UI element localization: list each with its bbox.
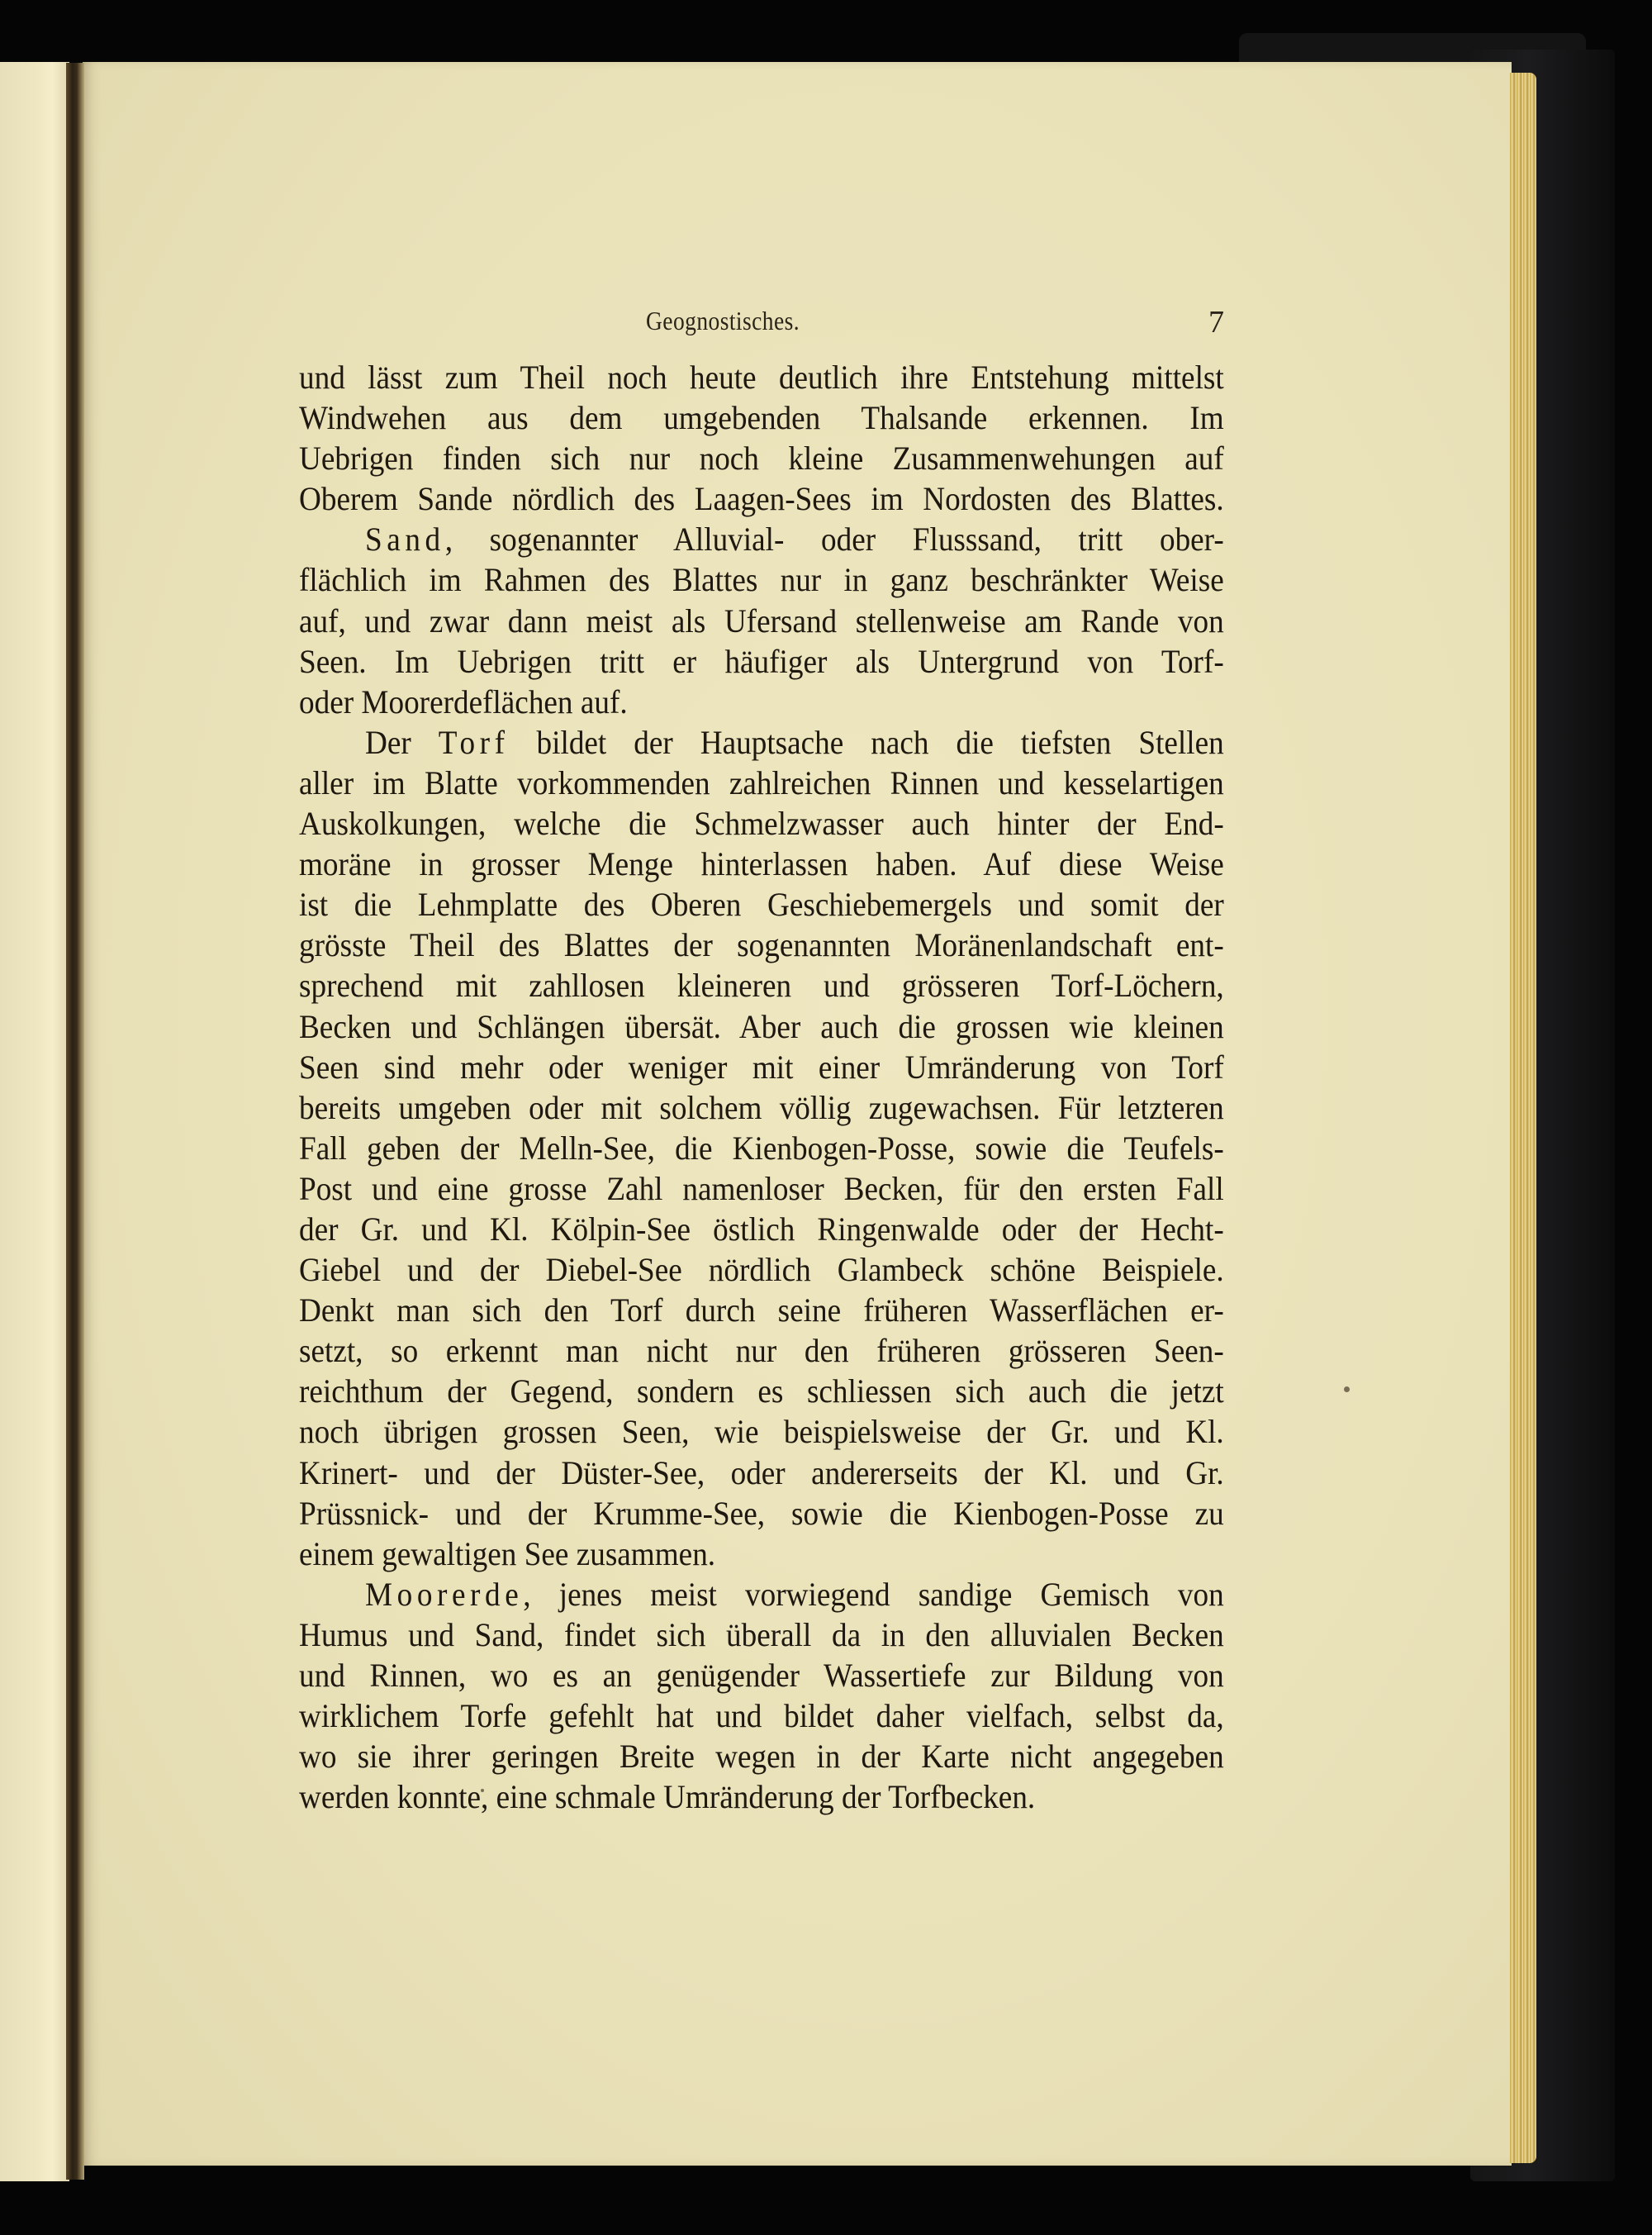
text-line: wirklichem Torfe gefehlt hat und bildet … [299,1695,1224,1736]
paper-speck [1344,1386,1350,1392]
text-line: ist die Lehmplatte des Oberen Geschiebem… [299,884,1224,925]
running-head: Geognostisches. 7 [299,304,1224,345]
term-torf: Torf [439,724,510,761]
text-line: flächlich im Rahmen des Blattes nur in g… [299,559,1224,600]
text-line: Auskolkungen, welche die Schmelzwasser a… [299,803,1224,844]
text-line: grösste Theil des Blattes der sogenannte… [299,925,1224,965]
paragraph-moorerde: Moorerde, jenes meist vorwiegend sandige… [299,1574,1224,1818]
term-sand: Sand [365,521,445,558]
paragraph-windwehen: und lässt zum Theil noch heute deutlich … [299,357,1224,519]
text-line: aller im Blatte vorkommenden zahlreichen… [299,763,1224,803]
gilt-page-edges [1510,73,1536,2163]
text-line: Windwehen aus dem umgebenden Thalsande e… [299,397,1224,438]
text-line: Der Torf bildet der Hauptsache nach die … [299,722,1224,763]
text-line: Denkt man sich den Torf durch seine früh… [299,1290,1224,1330]
facing-page-edge [0,62,69,2181]
text-line: moräne in grosser Menge hinterlassen hab… [299,844,1224,884]
text-line: auf, und zwar dann meist als Ufersand st… [299,601,1224,641]
text-line: Prüssnick- und der Krumme-See, sowie die… [299,1493,1224,1534]
text-line: und lässt zum Theil noch heute deutlich … [299,357,1224,397]
text-line: noch übrigen grossen Seen, wie beispiels… [299,1411,1224,1452]
text-line: reichthum der Gegend, sondern es schlies… [299,1371,1224,1411]
book-gutter [66,63,84,2180]
text-line: Sand, sogenannter Alluvial- oder Flusssa… [299,519,1224,559]
paragraph-torf: Der Torf bildet der Hauptsache nach die … [299,722,1224,1574]
text-line: Fall geben der Melln-See, die Kienbogen-… [299,1128,1224,1168]
text-line: Uebrigen finden sich nur noch kleine Zus… [299,438,1224,478]
text-line: Seen. Im Uebrigen tritt er häufiger als … [299,641,1224,682]
text-line: Humus und Sand, findet sich überall da i… [299,1614,1224,1655]
text-line: Becken und Schlängen übersät. Aber auch … [299,1006,1224,1047]
body-text: und lässt zum Theil noch heute deutlich … [299,357,1224,1817]
text-line: Seen sind mehr oder weniger mit einer Um… [299,1047,1224,1087]
text-line: bereits umgeben oder mit solchem völlig … [299,1087,1224,1128]
text-line: setzt, so erkennt man nicht nur den früh… [299,1330,1224,1371]
running-title: Geognostisches. [646,306,800,336]
text-line: Krinert- und der Düster-See, oder andere… [299,1453,1224,1493]
text-line: der Gr. und Kl. Kölpin-See östlich Ringe… [299,1209,1224,1249]
text-line: Post und eine grosse Zahl namenloser Bec… [299,1168,1224,1209]
text-line: Giebel und der Diebel-See nördlich Glamb… [299,1249,1224,1290]
text-line: sprechend mit zahllosen kleineren und gr… [299,965,1224,1006]
term-moorerde: Moorerde [365,1576,523,1613]
text-line: Oberem Sande nördlich des Laagen-Sees im… [299,478,1224,519]
paragraph-sand: Sand, sogenannter Alluvial- oder Flusssa… [299,519,1224,721]
text-line: oder Moorerdeflächen auf. [299,682,1224,722]
page-number: 7 [1208,304,1224,340]
text-line: einem gewaltigen See zusammen. [299,1534,1224,1574]
text-line: Moorerde, jenes meist vorwiegend sandige… [299,1574,1224,1614]
text-line: und Rinnen, wo es an genügender Wasserti… [299,1655,1224,1695]
text-line: wo sie ihrer geringen Breite wegen in de… [299,1736,1224,1776]
text-line: werden konnte, eine schmale Umränderung … [299,1776,1224,1817]
